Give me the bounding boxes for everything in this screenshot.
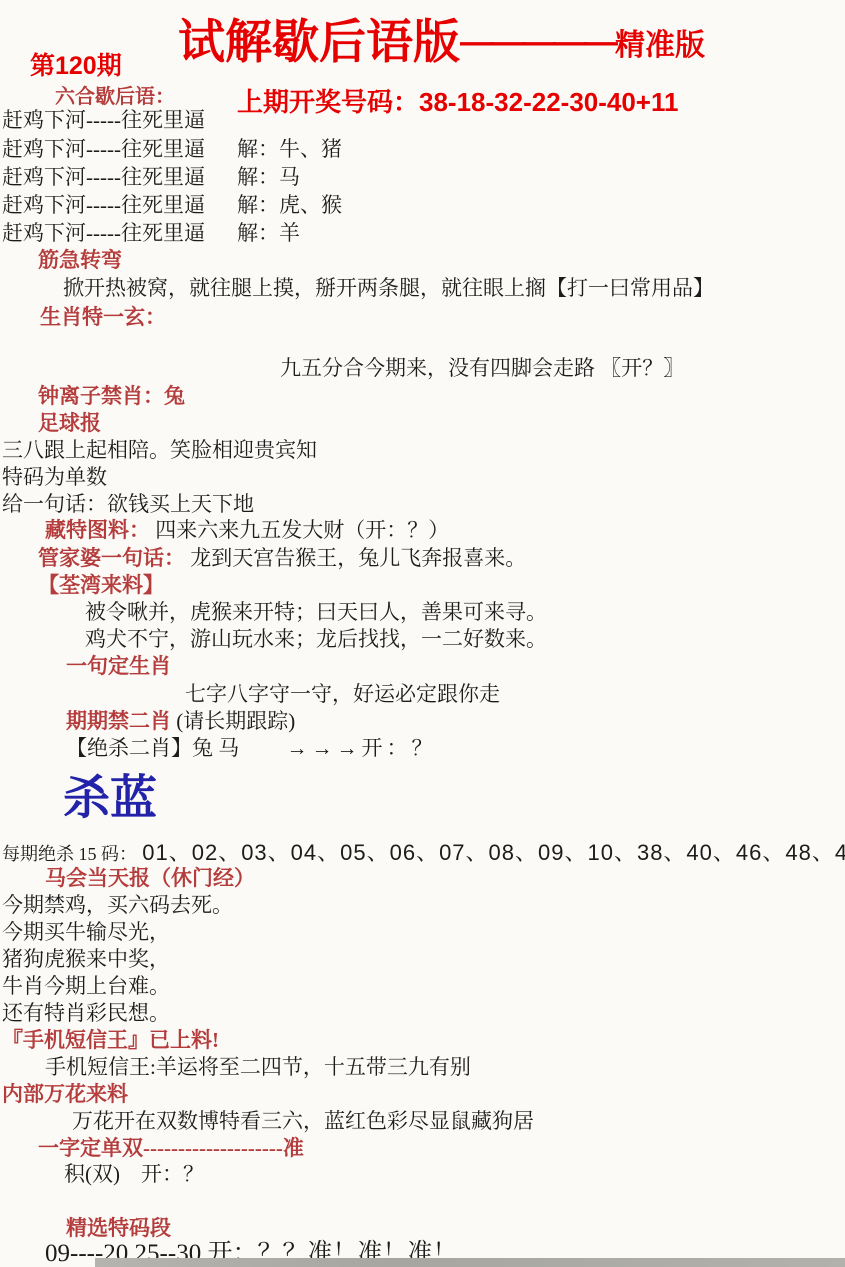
- riddle-text: 赶鸡下河-----往死里逼: [2, 193, 205, 217]
- kill-numbers-label: 每期绝杀 15 码：: [2, 844, 137, 864]
- kill-numbers-values: 01、02、03、04、05、06、07、08、09、10、38、40、46、4…: [142, 840, 845, 865]
- category-label: 六合歇后语：: [55, 86, 175, 109]
- scan-edge-bar: [95, 1258, 845, 1267]
- title-main: 试解歇后语版: [178, 18, 460, 65]
- special-segment-label: 精选特码段: [66, 1216, 171, 1240]
- football-line-1: 三八跟上起相陪。笑脸相迎贵宾知: [2, 438, 317, 462]
- sms-king-label: 『手机短信王』已上料!: [2, 1028, 219, 1052]
- odd-even-result: 积(双) 开：？: [64, 1162, 204, 1186]
- internal-material-text: 万花开在双数博特看三六，蓝红色彩尽显鼠藏狗居: [72, 1109, 534, 1133]
- riddle-text: 赶鸡下河-----往死里逼: [2, 221, 205, 245]
- one-sentence-zodiac-text: 七字八字守一守，好运必定跟你走: [185, 682, 500, 706]
- jockey-club-line-2: 今期买牛输尽光，: [2, 920, 170, 944]
- zodiac-mystery-hint: 九五分合今期来，没有四脚会走路 〖开？〗: [280, 356, 684, 380]
- kill-two-zodiac-text: 【绝杀二肖】兔 马: [66, 736, 239, 760]
- hidden-special-label: 藏特图料：: [45, 518, 150, 542]
- jockey-club-line-5: 还有特肖彩民想。: [2, 1001, 170, 1025]
- last-draw-numbers: 上期开奖号码：38-18-32-22-30-40+11: [237, 88, 678, 118]
- kill-numbers-line: 每期绝杀 15 码： 01、02、03、04、05、06、07、08、09、10…: [2, 840, 845, 865]
- housekeeper-text: 龙到天宫告猴王，兔儿飞奔报喜来。: [190, 546, 526, 570]
- riddle-text: 赶鸡下河-----往死里逼: [2, 108, 205, 132]
- football-report-label: 足球报: [38, 411, 101, 435]
- jockey-club-line-3: 猪狗虎猴来中奖，: [2, 947, 170, 971]
- lottery-tip-sheet: 试解歇后语版 ————— 精准版 第120期 六合歇后语： 上期开奖号码：38-…: [0, 0, 845, 1267]
- riddle-text: 赶鸡下河-----往死里逼: [2, 165, 205, 189]
- hidden-special-text: 四来六来九五发大财（开：？）: [155, 518, 449, 542]
- housekeeper-line: 管家婆一句话： 龙到天宫告猴王，兔儿飞奔报喜来。: [38, 546, 526, 570]
- issue-number: 第120期: [30, 52, 122, 81]
- football-line-2: 特码为单数: [2, 465, 107, 489]
- tsuenwan-line-1: 被令啾并，虎猴来开特；曰天曰人，善果可来寻。: [85, 600, 547, 624]
- riddle-answer: 解：马: [237, 165, 300, 189]
- ban-two-zodiac-line: 期期禁二肖 (请长期跟踪): [66, 709, 295, 733]
- hidden-special-line: 藏特图料： 四来六来九五发大财（开：？）: [45, 518, 449, 542]
- kill-two-zodiac-line: 【绝杀二肖】兔 马 →→→开：？: [66, 736, 437, 760]
- internal-material-label: 内部万花来料: [2, 1082, 128, 1106]
- kill-blue-title: 杀蓝: [63, 772, 157, 826]
- riddle-text: 赶鸡下河-----往死里逼: [2, 137, 205, 161]
- riddle-answer: 解：虎、猴: [237, 193, 342, 217]
- jockey-club-line-1: 今期禁鸡，买六码去死。: [2, 893, 233, 917]
- ban-two-zodiac-label: 期期禁二肖: [66, 709, 171, 733]
- riddle-answer: 解：羊: [237, 221, 300, 245]
- tsuenwan-line-2: 鸡犬不宁，游山玩水来；龙后找找，一二好数来。: [85, 627, 547, 651]
- football-line-3: 给一句话：欲钱买上天下地: [2, 492, 254, 516]
- odd-even-label: 一字定单双--------------------准: [38, 1136, 304, 1160]
- riddle-answer: 解：牛、猪: [237, 137, 342, 161]
- title-sub: 精准版: [615, 29, 705, 65]
- jockey-club-label: 马会当天报（休门经）: [45, 866, 255, 890]
- housekeeper-label: 管家婆一句话：: [38, 546, 185, 570]
- brain-teaser-text: 掀开热被窝，就往腿上摸，掰开两条腿，就往眼上搁【打一曰常用品】: [63, 276, 714, 300]
- arrow-result: →→→开：？: [287, 736, 437, 760]
- ban-two-zodiac-note: (请长期跟踪): [176, 709, 295, 733]
- jockey-club-line-4: 牛肖今期上台难。: [2, 974, 170, 998]
- forbidden-zodiac-label: 钟离子禁肖：兔: [38, 384, 185, 408]
- tsuenwan-label: 【荃湾来料】: [38, 573, 164, 597]
- title-dash: —————: [460, 23, 615, 65]
- brain-teaser-label: 筋急转弯: [38, 248, 122, 272]
- page-title: 试解歇后语版 ————— 精准版: [178, 18, 705, 65]
- sms-king-text: 手机短信王:羊运将至二四节，十五带三九有别: [45, 1055, 471, 1079]
- one-sentence-zodiac-label: 一句定生肖: [66, 654, 171, 678]
- zodiac-mystery-label: 生肖特一玄：: [40, 305, 166, 329]
